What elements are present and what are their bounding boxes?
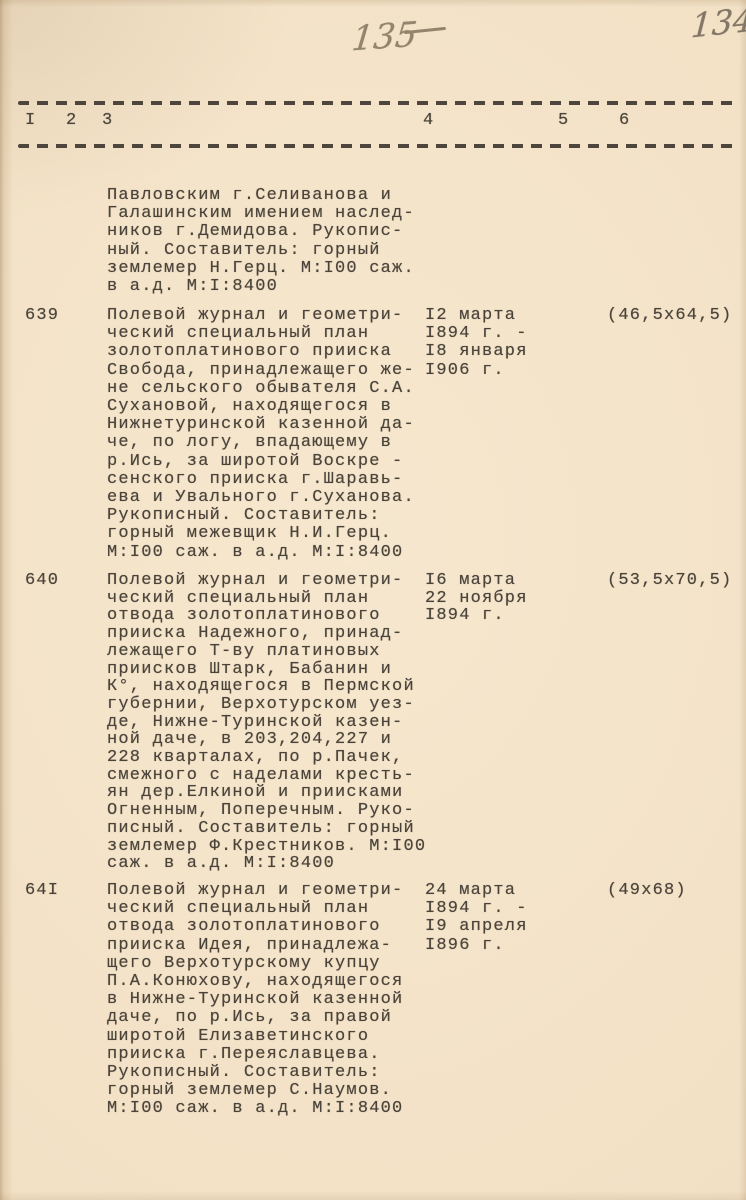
entry-dimensions: (53,5x70,5): [607, 572, 732, 590]
entry-dimensions: (46,5x64,5): [607, 307, 732, 325]
entry-description: Полевой журнал и геометри- ческий специа…: [107, 572, 426, 873]
column-header-6: 6: [619, 111, 630, 131]
entry-dimensions: (49x68): [607, 882, 687, 900]
entry-description: Полевой журнал и геометри- ческий специа…: [107, 882, 403, 1119]
entry-date-range: I6 марта 22 ноября I894 г.: [425, 572, 528, 625]
document-page: 135 134 I 2 3 4 5 6 Павловским г.Селиван…: [0, 0, 746, 1200]
entry-date-range: 24 марта I894 г. - I9 апреля I896 г.: [425, 882, 528, 955]
table-divider-top: [18, 101, 740, 105]
entry-number: 639: [25, 307, 59, 325]
page-number-center-handwritten: 135: [350, 15, 419, 60]
column-header-5: 5: [558, 111, 569, 131]
entry-number: 64I: [25, 882, 59, 900]
column-header-1: I: [25, 111, 36, 131]
entry-date-range: I2 марта I894 г. - I8 января I906 г.: [425, 307, 528, 380]
table-divider-bottom: [18, 144, 740, 148]
page-number-corner-handwritten: 134: [690, 0, 746, 46]
entry-number: 640: [25, 572, 59, 590]
column-header-4: 4: [423, 111, 434, 131]
continued-entry-text: Павловским г.Селиванова и Галашинским им…: [107, 187, 415, 296]
entry-description: Полевой журнал и геометри- ческий специа…: [107, 307, 415, 562]
column-header-3: 3: [102, 111, 113, 131]
column-header-2: 2: [66, 111, 77, 131]
